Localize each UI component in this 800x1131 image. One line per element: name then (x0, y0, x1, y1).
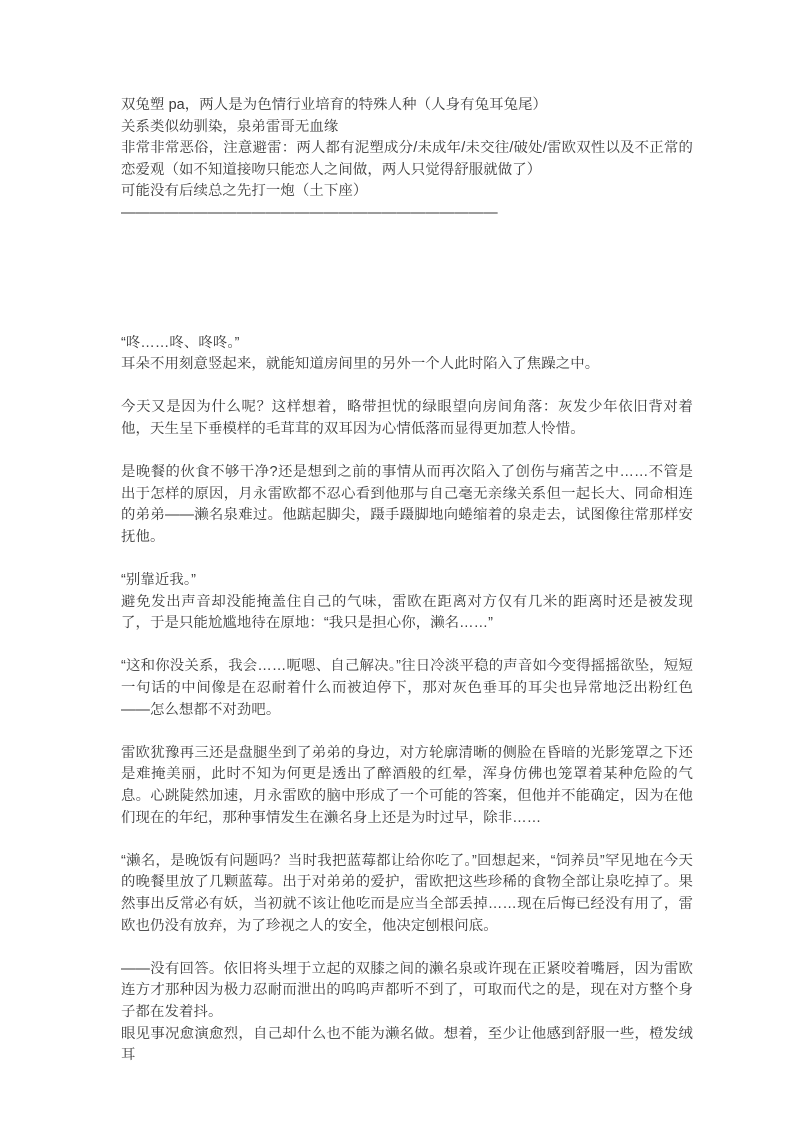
paragraph-spacer (121, 721, 693, 743)
story-paragraph: 是晚餐的伙食不够干净?还是想到之前的事情从而再次陷入了创伤与痛苦之中……不管是出… (121, 462, 693, 548)
story-paragraph-sfx: “咚……咚、咚咚。” (121, 333, 693, 355)
document-page: 双兔塑 pa，两人是为色情行业培育的特殊人种（人身有兔耳兔尾） 关系类似幼驯染，… (0, 0, 800, 1131)
paragraph-spacer (121, 549, 693, 571)
story-paragraph-dialogue: “这和你没关系，我会……呃嗯、自己解决。”往日冷淡平稳的声音如今变得摇摇欲坠，短… (121, 656, 693, 721)
story-paragraph: 眼见事况愈演愈烈，自己却什么也不能为濑名做。想着，至少让他感到舒服一些，橙发绒耳 (121, 1024, 693, 1067)
divider-dashes: —————————————————————————— (121, 203, 693, 225)
paragraph-spacer (121, 376, 693, 398)
section-spacer (121, 225, 693, 333)
story-paragraph: 耳朵不用刻意竖起来，就能知道房间里的另外一个人此时陷入了焦躁之中。 (121, 354, 693, 376)
story-paragraph: 避免发出声音却没能掩盖住自己的气味，雷欧在距离对方仅有几米的距离时还是被发现了，… (121, 592, 693, 635)
content-note-line-3: 可能没有后续总之先打一炮（土下座） (121, 181, 693, 203)
text-column: 双兔塑 pa，两人是为色情行业培育的特殊人种（人身有兔耳兔尾） 关系类似幼驯染，… (121, 95, 693, 1067)
content-note-line-1: 双兔塑 pa，两人是为色情行业培育的特殊人种（人身有兔耳兔尾） (121, 95, 693, 117)
story-paragraph-dialogue: “别靠近我。” (121, 570, 693, 592)
paragraph-spacer (121, 635, 693, 657)
story-paragraph: ——没有回答。依旧将头埋于立起的双膝之间的濑名泉或许现在正紧咬着嘴唇，因为雷欧连… (121, 959, 693, 1024)
paragraph-spacer (121, 937, 693, 959)
content-warning-line: 非常非常恶俗，注意避雷：两人都有泥塑成分/未成年/未交往/破处/雷欧双性以及不正… (121, 138, 693, 181)
content-note-line-2: 关系类似幼驯染，泉弟雷哥无血缘 (121, 117, 693, 139)
story-paragraph: 今天又是因为什么呢？这样想着，略带担忧的绿眼望向房间角落：灰发少年依旧背对着他，… (121, 397, 693, 440)
paragraph-spacer (121, 441, 693, 463)
paragraph-spacer (121, 829, 693, 851)
story-paragraph: 雷欧犹豫再三还是盘腿坐到了弟弟的身边，对方轮廓清晰的侧脸在昏暗的光影笼罩之下还是… (121, 743, 693, 829)
story-paragraph-dialogue: “濑名，是晚饭有问题吗？当时我把蓝莓都让给你吃了。”回想起来，“饲养员”罕见地在… (121, 851, 693, 937)
